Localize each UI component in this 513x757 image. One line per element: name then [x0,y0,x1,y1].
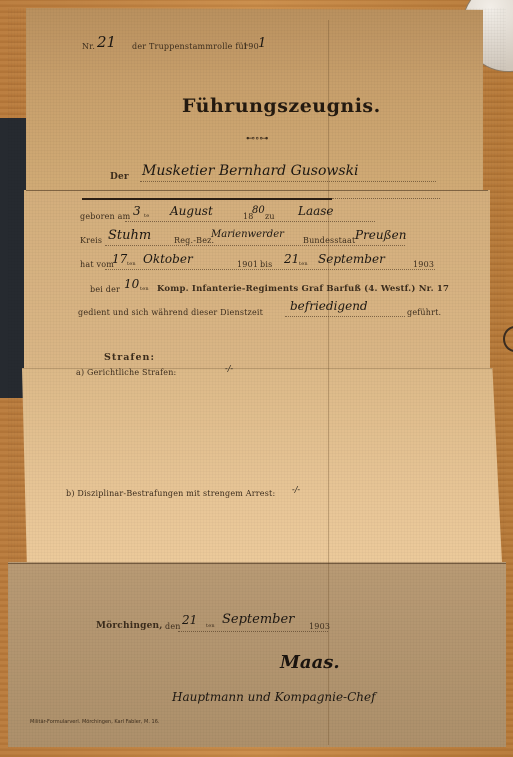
punishments-heading: Strafen: [104,352,155,363]
birth-dotline [125,221,375,222]
fold-line-1 [26,190,488,191]
born-label: geboren am [80,212,130,221]
person-prefix: Der [110,172,129,182]
judicial-punishments-value: -/- [225,364,233,373]
closing-dotline [178,631,328,632]
dark-folder [0,118,26,398]
service-to-day-suffix: ten [299,261,308,267]
state-value: Preußen [355,228,407,242]
unit-company-suffix: ten [140,286,149,292]
service-to-month: September [318,252,385,266]
fold-line-3 [8,563,506,564]
closing-day: 21 [182,613,197,627]
kreis-value: Stuhm [108,228,151,243]
unit-company: 10 [124,277,139,291]
closing-month: September [222,612,294,627]
kreis-label: Kreis [80,236,102,245]
service-dotline [105,269,435,270]
closing-year: 1903 [309,622,330,631]
closing-den-label: den [165,622,181,631]
printer-imprint: Militär-Formularverl. Mörchingen, Karl F… [30,719,159,725]
judicial-punishments-label: a) Gerichtliche Strafen: [76,368,176,377]
unit-regiment: Komp. Infanterie-Regiments Graf Barfuß (… [157,284,449,294]
unit-prefix: bei der [90,285,120,294]
service-from-day-suffix: ten [127,261,136,267]
nr-label: Nr. [82,42,95,51]
regbez-label: Reg.-Bez. [174,236,214,245]
service-to-year: 1903 [413,260,434,269]
conduct-value: befriedigend [290,299,368,313]
conduct-dotline [285,316,405,317]
closing-day-suffix: ten [206,623,215,629]
signature: Maas. [280,652,340,673]
service-from-month: Oktober [143,252,193,266]
person-dotline [140,181,436,182]
born-day-suffix: te [144,213,149,219]
service-from-day: 17 [112,252,127,266]
document-panel-lower [22,368,502,563]
conduct-suffix: geführt. [407,308,441,317]
service-to-label: bis [260,260,272,269]
born-month: August [170,204,213,218]
district-dotline [105,245,405,246]
disciplinary-punishments-label: b) Disziplinar-Bestrafungen mit strengem… [66,489,275,498]
document-title: Führungszeugnis. [182,95,381,117]
vertical-fold [328,20,329,745]
conduct-prefix: gedient und sich während dieser Dienstze… [78,308,263,317]
roll-year-suffix: 1 [258,36,266,51]
service-from-year: 1901 [237,260,258,269]
born-day: 3 [133,204,141,218]
service-to-day: 21 [284,252,299,266]
nr-value: 21 [97,33,116,51]
ornament-divider: ⊷∘⊶ [246,134,268,144]
roll-label: der Truppenstammrolle für [132,42,248,51]
born-year-suffix: 80 [252,205,265,216]
separator-rule [82,198,332,200]
signature-title: Hauptmann und Kompagnie-Chef [172,690,376,704]
service-from-label: hat vom [80,260,114,269]
roll-year-prefix: 190 [243,42,259,51]
closing-place: Mörchingen, [96,621,163,631]
ring-object [503,326,513,352]
disciplinary-punishments-value: -/- [292,485,300,494]
birth-place: Laase [298,204,334,218]
state-label: Bundesstaat [303,236,355,245]
separator-dotline [332,198,440,199]
person-name: Musketier Bernhard Gusowski [142,163,359,179]
regbez-value: Marienwerder [211,229,284,240]
place-label: zu [265,212,275,221]
